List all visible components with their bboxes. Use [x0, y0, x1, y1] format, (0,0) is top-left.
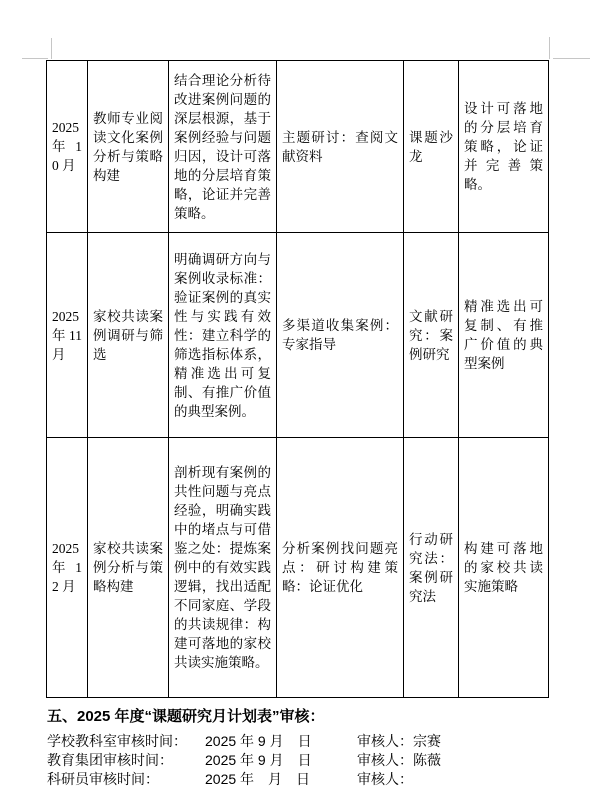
audit-row-education-group: 教育集团审核时间： 2025 年 9 月 日 审核人：陈薇: [47, 751, 567, 770]
audit-reviewer: 审核人：宗赛: [357, 732, 441, 751]
form-cell: 多渠道收集案例：专家指导: [277, 233, 404, 438]
result-cell: 设计可落地的分层培育策略，论证并完善策略。: [459, 61, 549, 233]
topic-cell: 教师专业阅读文化案例分析与策略构建: [88, 61, 169, 233]
content-cell: 明确调研方向与案例收录标准：验证案例的真实性与实践有效性：建立科学的筛选指标体系…: [169, 233, 277, 438]
month-cell: 2025 年 12 月: [47, 438, 88, 698]
margin-crop-mark-top-right-horizontal: [553, 58, 590, 59]
month-cell: 2025 年 10 月: [47, 61, 88, 233]
month-cell: 2025 年 11 月: [47, 233, 88, 438]
content-cell: 结合理论分析待改进案例问题的深层根源，基于案例经验与问题归因，设计可落地的分层培…: [169, 61, 277, 233]
audit-date: 2025 年 9 月 日: [205, 732, 357, 751]
research-monthly-plan-table: 2025 年 10 月 教师专业阅读文化案例分析与策略构建 结合理论分析待改进案…: [46, 60, 549, 698]
audit-reviewer: 审核人：: [357, 770, 413, 789]
document-page: 2025 年 10 月 教师专业阅读文化案例分析与策略构建 结合理论分析待改进案…: [0, 0, 594, 812]
table-row-2025-11: 2025 年 11 月 家校共读案例调研与筛选 明确调研方向与案例收录标准：验证…: [47, 233, 549, 438]
method-cell: 文献研究：案例研究: [404, 233, 459, 438]
audit-section: 五、2025 年度“课题研究月计划表”审核： 学校教科室审核时间： 2025 年…: [47, 707, 567, 789]
margin-crop-mark-top-left-vertical: [51, 38, 52, 59]
topic-cell: 家校共读案例调研与筛选: [88, 233, 169, 438]
topic-cell: 家校共读案例分析与策略构建: [88, 438, 169, 698]
audit-reviewer: 审核人：陈薇: [357, 751, 441, 770]
margin-crop-mark-top-right-vertical: [549, 37, 550, 59]
result-cell: 构建可落地的家校共读实施策略: [459, 438, 549, 698]
table-row-2025-12: 2025 年 12 月 家校共读案例分析与策略构建 剖析现有案例的共性问题与亮点…: [47, 438, 549, 698]
result-cell: 精准选出可复制、有推广价值的典型案例: [459, 233, 549, 438]
content-cell: 剖析现有案例的共性问题与亮点经验，明确实践中的堵点与可借鉴之处：提炼案例中的有效…: [169, 438, 277, 698]
margin-crop-mark-top-left-horizontal: [22, 58, 48, 59]
method-cell: 课题沙龙: [404, 61, 459, 233]
audit-label: 教育集团审核时间：: [47, 751, 205, 770]
audit-row-school-office: 学校教科室审核时间： 2025 年 9 月 日 审核人：宗赛: [47, 732, 567, 751]
table-row-2025-10: 2025 年 10 月 教师专业阅读文化案例分析与策略构建 结合理论分析待改进案…: [47, 61, 549, 233]
method-cell: 行动研究法：案例研究法: [404, 438, 459, 698]
form-cell: 主题研讨：查阅文献资料: [277, 61, 404, 233]
audit-section-heading: 五、2025 年度“课题研究月计划表”审核：: [47, 707, 567, 726]
audit-row-researcher: 科研员审核时间： 2025 年 月 日 审核人：: [47, 770, 567, 789]
audit-date: 2025 年 月 日: [205, 770, 357, 789]
audit-label: 科研员审核时间：: [47, 770, 205, 789]
audit-date: 2025 年 9 月 日: [205, 751, 357, 770]
audit-label: 学校教科室审核时间：: [47, 732, 205, 751]
form-cell: 分析案例找问题亮点：研讨构建策略：论证优化: [277, 438, 404, 698]
